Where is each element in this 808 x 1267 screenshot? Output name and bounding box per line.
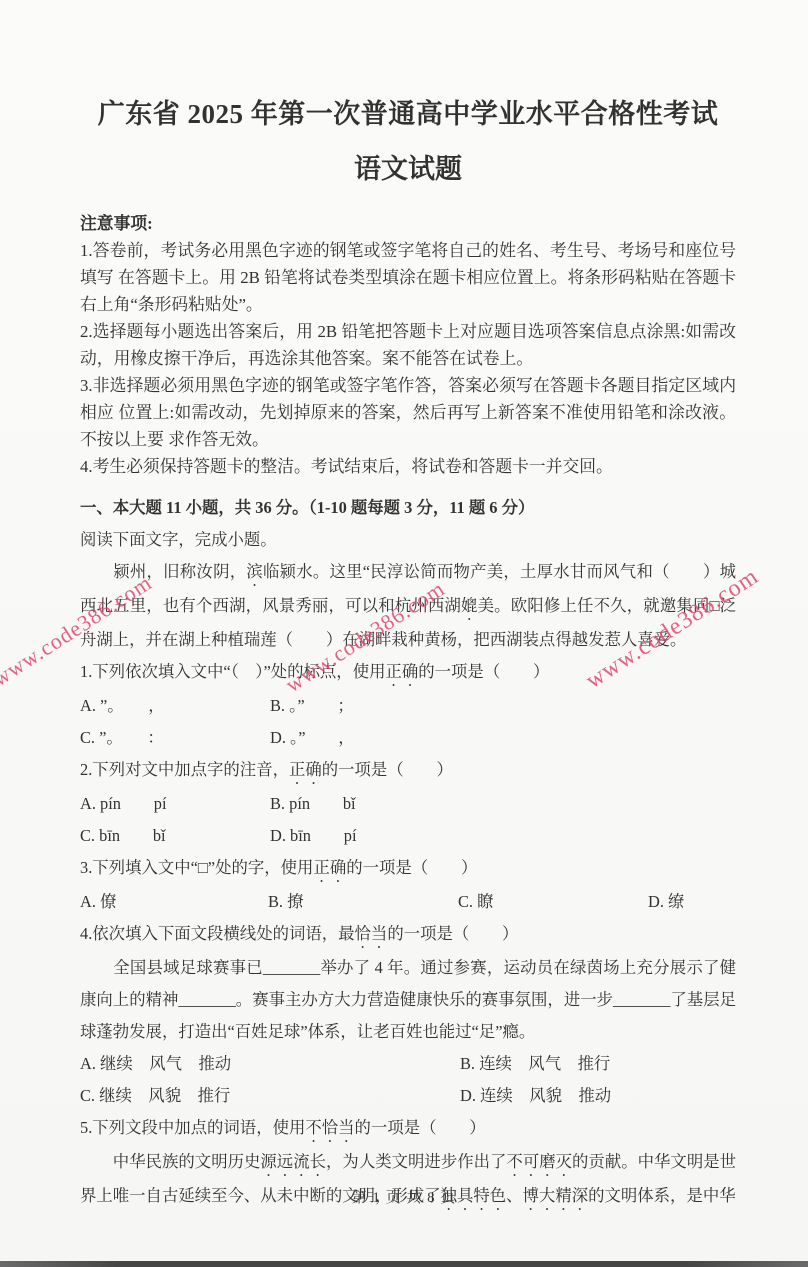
photo-bottom-edge — [0, 1261, 808, 1267]
question-2-option-b: B. pín bǐ — [270, 788, 736, 820]
question-3-stem: 3.下列填入文中“□”处的字，使用正确的一项是（ ） — [80, 852, 736, 886]
reading-passage: 颍州，旧称汝阴，滨临颍水。这里“民淳讼简而物产美，土厚水甘而风气和（ ）城西北五… — [80, 556, 736, 656]
question-1-option-b: B. 。” ； — [270, 690, 736, 722]
question-2-stem: 2.下列对文中加点字的注音，正确的一项是（ ） — [80, 754, 736, 788]
notice-item-4: 4.考生必须保持答题卡的整洁。考试结束后，将试卷和答题卡一并交回。 — [80, 453, 736, 480]
question-1-stem: 1.下列依次填入文中“（ ）”处的标点，使用正确的一项是（ ） — [80, 656, 736, 690]
question-1-options: A. ”。 ， B. 。” ； C. ”。 ： D. 。” ， — [80, 690, 736, 754]
question-3-options: A. 僚 B. 撩 C. 瞭 D. 缭 — [80, 886, 736, 918]
exam-subtitle: 语文试题 — [80, 147, 736, 186]
question-3-option-b: B. 撩 — [268, 886, 458, 918]
question-3-option-d: D. 缭 — [648, 886, 736, 918]
question-1-option-d: D. 。” ， — [270, 722, 736, 754]
exam-paper-page: 广东省 2025 年第一次普通高中学业水平合格性考试 语文试题 注意事项: 1.… — [0, 0, 808, 1267]
question-1-option-a: A. ”。 ， — [80, 690, 270, 722]
question-1-option-c: C. ”。 ： — [80, 722, 270, 754]
question-4-stem: 4.依次填入下面文段横线处的词语，最恰当的一项是（ ） — [80, 918, 736, 952]
notice-item-2: 2.选择题每小题选出答案后，用 2B 铅笔把答题卡上对应题目选项答案信息点涂黑:… — [80, 318, 736, 372]
question-4-option-c: C. 继续 风貌 推行 — [80, 1080, 460, 1112]
notice-heading: 注意事项: — [80, 210, 736, 237]
question-3-option-c: C. 瞭 — [458, 886, 648, 918]
question-2-option-c: C. bīn bǐ — [80, 820, 270, 852]
notice-item-1: 1.答卷前，考试务必用黑色字迹的钢笔或签字笔将自己的姓名、考生号、考场号和座位号… — [80, 237, 736, 318]
question-3-option-a: A. 僚 — [80, 886, 268, 918]
section-one: 一、本大题 11 小题，共 36 分。（1-10 题每题 3 分，11 题 6 … — [80, 492, 736, 1214]
section-heading: 一、本大题 11 小题，共 36 分。（1-10 题每题 3 分，11 题 6 … — [80, 492, 736, 524]
notice-section: 注意事项: 1.答卷前，考试务必用黑色字迹的钢笔或签字笔将自己的姓名、考生号、考… — [80, 210, 736, 480]
question-4-passage: 全国县域足球赛事已_______举办了 4 年。通过参赛，运动员在绿茵场上充分展… — [80, 952, 736, 1048]
question-4-option-d: D. 连续 风貌 推动 — [460, 1080, 736, 1112]
page-number: 第 1 页 共 8 页 — [0, 1186, 808, 1207]
question-4-options: A. 继续 风气 推动 B. 连续 风气 推行 C. 继续 风貌 推行 D. 连… — [80, 1048, 736, 1112]
exam-title: 广东省 2025 年第一次普通高中学业水平合格性考试 — [80, 92, 736, 131]
page-content: 广东省 2025 年第一次普通高中学业水平合格性考试 语文试题 注意事项: 1.… — [80, 0, 736, 1214]
question-2-options: A. pín pí B. pín bǐ C. bīn bǐ D. bīn pí — [80, 788, 736, 852]
question-5-stem: 5.下列文段中加点的词语，使用不恰当的一项是（ ） — [80, 1112, 736, 1146]
question-4-option-a: A. 继续 风气 推动 — [80, 1048, 460, 1080]
reading-instruction: 阅读下面文字，完成小题。 — [80, 524, 736, 556]
question-2-option-d: D. bīn pí — [270, 820, 736, 852]
question-2-option-a: A. pín pí — [80, 788, 270, 820]
notice-item-3: 3.非选择题必须用黑色字迹的钢笔或签字笔作答，答案必须写在答题卡各题目指定区域内… — [80, 372, 736, 453]
question-4-option-b: B. 连续 风气 推行 — [460, 1048, 736, 1080]
